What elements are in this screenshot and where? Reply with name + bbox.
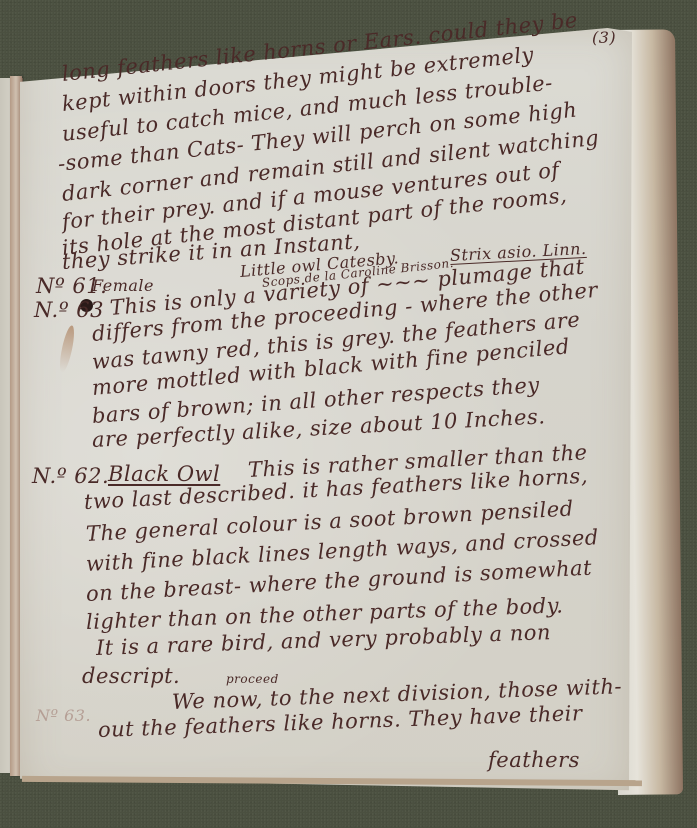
entry-62-number: N.º 62. xyxy=(32,464,109,488)
page-number: (3) xyxy=(592,28,616,47)
catchword: feathers xyxy=(488,748,580,772)
notebook-photo: (3) long feathers like horns or Ears. co… xyxy=(0,0,697,828)
insertion-proceed: proceed xyxy=(226,672,279,686)
entry-62-line-8: descript. xyxy=(82,664,180,688)
margin-note-faded: Nº 63. xyxy=(36,706,91,725)
entry-63-number: N.º 63 xyxy=(34,298,104,322)
entry-62-name: Black Owl xyxy=(108,462,220,486)
handwritten-text: (3) long feathers like horns or Ears. co… xyxy=(0,0,697,828)
